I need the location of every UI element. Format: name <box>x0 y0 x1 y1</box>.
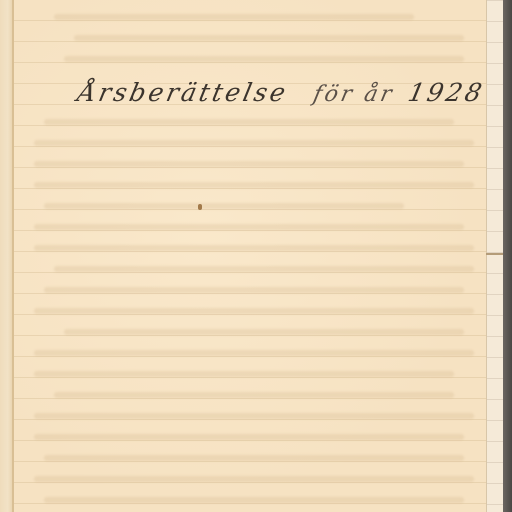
ruled-line <box>14 440 486 441</box>
document-page <box>14 0 486 512</box>
title-word-arsberattelse: Årsberättelse <box>75 78 291 107</box>
bleed-through-text <box>34 182 474 188</box>
bleed-through-text <box>44 497 464 503</box>
document-title: Årsberättelseför år1928 <box>75 78 487 107</box>
title-word-for-ar: för år <box>311 82 397 107</box>
scan-border <box>503 0 512 512</box>
ruled-line <box>14 125 486 126</box>
bleed-through-text <box>44 203 404 209</box>
ruled-line <box>14 167 486 168</box>
bleed-through-text <box>34 350 474 356</box>
adjacent-page-crease <box>486 253 503 255</box>
bleed-through-text <box>44 119 454 125</box>
ruled-line <box>14 398 486 399</box>
bleed-through-text <box>44 287 464 293</box>
ruled-line <box>14 146 486 147</box>
bleed-through-text <box>54 266 474 272</box>
bleed-through-text <box>64 56 464 62</box>
bleed-through-text <box>74 35 464 41</box>
ruled-line <box>14 314 486 315</box>
ruled-line <box>14 62 486 63</box>
ruled-line <box>14 209 486 210</box>
bleed-through-text <box>34 413 474 419</box>
title-year: 1928 <box>405 78 487 107</box>
bleed-through-text <box>54 14 414 20</box>
adjacent-page-edge <box>486 0 504 512</box>
ruled-line <box>14 188 486 189</box>
ruled-line <box>14 41 486 42</box>
bleed-through-text <box>34 434 464 440</box>
ruled-line <box>14 419 486 420</box>
ruled-line <box>14 377 486 378</box>
ruled-line <box>14 503 486 504</box>
ruled-line <box>14 293 486 294</box>
ink-spot <box>198 204 202 210</box>
bleed-through-text <box>64 329 464 335</box>
bleed-through-text <box>34 308 474 314</box>
bleed-through-text <box>34 161 464 167</box>
ruled-line <box>14 20 486 21</box>
bleed-through-text <box>44 455 464 461</box>
bleed-through-text <box>34 371 454 377</box>
bleed-through-text <box>34 224 464 230</box>
ruled-line <box>14 251 486 252</box>
ruled-line <box>14 230 486 231</box>
bleed-through-text <box>34 476 474 482</box>
ruled-line <box>14 356 486 357</box>
ruled-line <box>14 272 486 273</box>
ruled-line <box>14 461 486 462</box>
bleed-through-text <box>54 392 454 398</box>
ruled-line <box>14 335 486 336</box>
ruled-line <box>14 482 486 483</box>
bleed-through-text <box>34 140 474 146</box>
bleed-through-text <box>34 245 474 251</box>
